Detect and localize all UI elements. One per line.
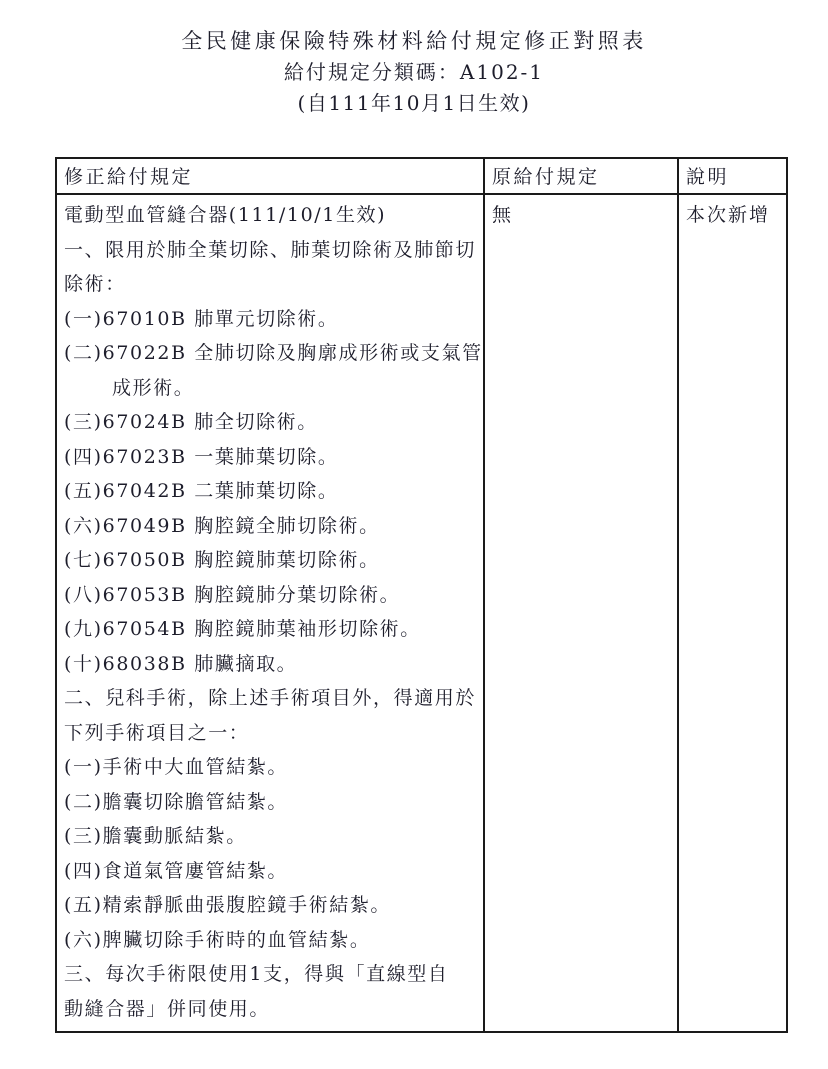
regulation-text-line: (四)食道氣管廔管結紮。 [64,854,479,889]
regulation-text-line: (六)脾臟切除手術時的血管結紮。 [64,923,479,958]
regulation-text-line: 電動型血管縫合器(111/10/1生效) [64,198,479,233]
regulation-text-line: 二、兒科手術，除上述手術項目外，得適用於 [64,681,479,716]
regulation-text-line: 三、每次手術限使用1支，得與「直線型自 [64,957,479,992]
document-header: 全民健康保險特殊材料給付規定修正對照表 給付規定分類碼：A102-1 (自111… [0,26,828,119]
regulation-text-line: (八)67053B 胸腔鏡肺分葉切除術。 [64,578,479,613]
explanation-cell: 本次新增 [678,194,787,1032]
regulation-text-line: (六)67049B 胸腔鏡全肺切除術。 [64,509,479,544]
regulation-text-line: (七)67050B 胸腔鏡肺葉切除術。 [64,543,479,578]
document-page: 全民健康保險特殊材料給付規定修正對照表 給付規定分類碼：A102-1 (自111… [0,0,828,1069]
regulation-text-line: 一、限用於肺全葉切除、肺葉切除術及肺節切 [64,233,479,268]
regulation-text-line: (四)67023B 一葉肺葉切除。 [64,440,479,475]
header-revised-regulation: 修正給付規定 [56,158,484,194]
regulation-text-line: 除術： [64,267,479,302]
regulation-text-line: (十)68038B 肺臟摘取。 [64,647,479,682]
regulation-text-line: (三)膽囊動脈結紮。 [64,819,479,854]
original-regulation-cell: 無 [484,194,678,1032]
regulation-text-line: (二)膽囊切除膽管結紮。 [64,785,479,820]
table-row: 電動型血管縫合器(111/10/1生效)一、限用於肺全葉切除、肺葉切除術及肺節切… [56,194,787,1032]
regulation-text-line: (九)67054B 胸腔鏡肺葉袖形切除術。 [64,612,479,647]
regulation-text-line: (二)67022B 全肺切除及胸廓成形術或支氣管 [64,336,479,371]
table-header-row: 修正給付規定 原給付規定 說明 [56,158,787,194]
header-original-regulation: 原給付規定 [484,158,678,194]
revised-regulation-cell: 電動型血管縫合器(111/10/1生效)一、限用於肺全葉切除、肺葉切除術及肺節切… [56,194,484,1032]
regulation-text-line: 下列手術項目之一： [64,716,479,751]
regulation-text-line: (五)67042B 二葉肺葉切除。 [64,474,479,509]
regulation-text-line: (三)67024B 肺全切除術。 [64,405,479,440]
regulation-text-line: (一)67010B 肺單元切除術。 [64,302,479,337]
classification-code: 給付規定分類碼：A102-1 [0,57,828,88]
effective-date: (自111年10月1日生效) [0,88,828,119]
document-title: 全民健康保險特殊材料給付規定修正對照表 [0,26,828,57]
regulation-text-line: (一)手術中大血管結紮。 [64,750,479,785]
comparison-table: 修正給付規定 原給付規定 說明 電動型血管縫合器(111/10/1生效)一、限用… [55,157,788,1033]
regulation-text-line: 動縫合器」併同使用。 [64,992,479,1027]
header-explanation: 說明 [678,158,787,194]
regulation-text-line: (五)精索靜脈曲張腹腔鏡手術結紮。 [64,888,479,923]
regulation-text-line: 成形術。 [64,371,479,406]
